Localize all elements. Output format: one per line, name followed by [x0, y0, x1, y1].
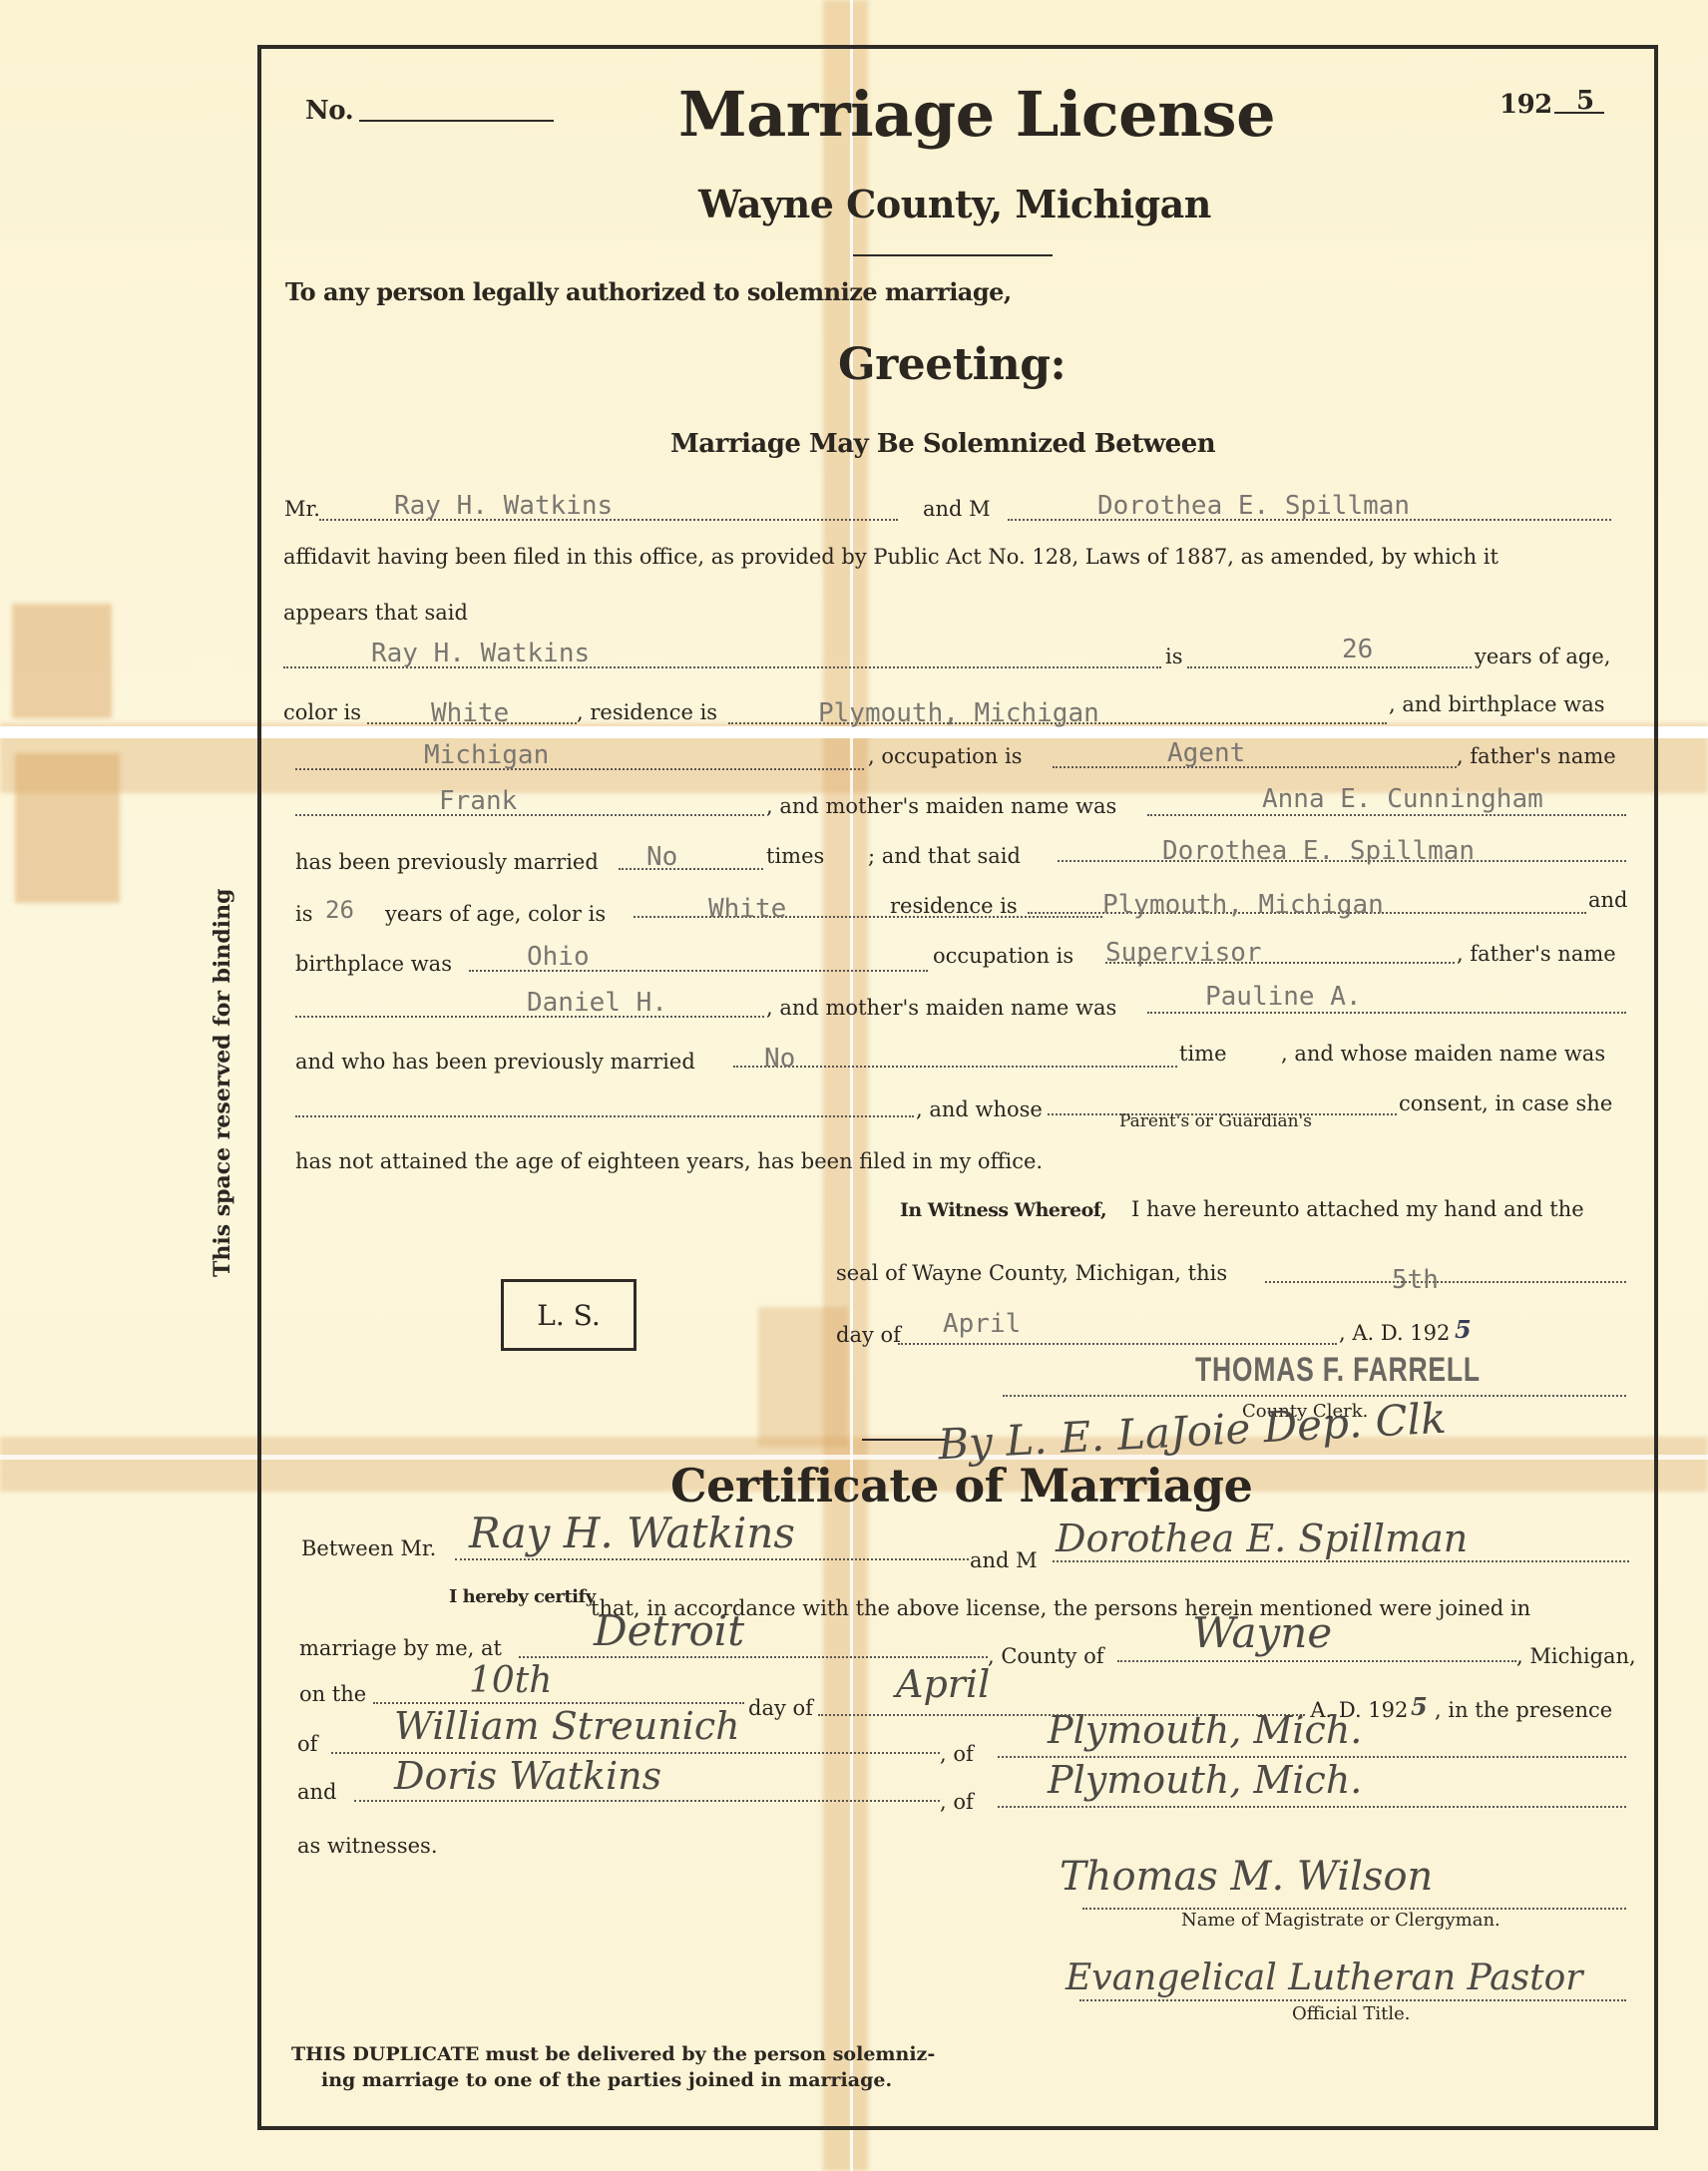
ls-label: L. S. [537, 1299, 600, 1332]
duplicate-line2: ing marriage to one of the parties joine… [321, 2069, 892, 2091]
groom-name: Ray H. Watkins [394, 491, 613, 521]
affidavit-text: affidavit having been filed in this offi… [283, 545, 1498, 569]
stain-left-top [12, 604, 112, 718]
bride-residence-label: residence is [890, 894, 1018, 918]
document-page: This space reserved for binding No. Marr… [0, 0, 1708, 2171]
county-line [1117, 1660, 1516, 1662]
groom-father-line [295, 814, 764, 816]
bride-name-2: Dorothea E. Spillman [1162, 836, 1475, 866]
bride-birthplace: Ohio [527, 942, 590, 972]
witness1-place: Plymouth, Mich. [1048, 1708, 1362, 1752]
cert-bride-line [1053, 1560, 1629, 1562]
cert-and-m-label: and M [970, 1548, 1038, 1572]
of-label-1: of [297, 1732, 317, 1756]
groom-age-suffix: years of age, [1475, 645, 1610, 668]
and-said-label: ; and that said [868, 844, 1021, 868]
bride-color: White [708, 894, 786, 924]
groom-birthplace-label: , and birthplace was [1389, 692, 1605, 716]
groom-color-label: color is [283, 700, 361, 724]
no-label: No. [305, 96, 353, 126]
bride-prev-married-label: and who has been previously married [295, 1050, 695, 1074]
address-line: To any person legally authorized to sole… [285, 277, 1012, 306]
bride-maiden-line [295, 1115, 914, 1117]
license-day-line [1265, 1281, 1626, 1283]
groom-prev-married-label: has been previously married [295, 850, 599, 874]
on-the-label: on the [299, 1682, 366, 1706]
license-ad-label: , A. D. 192 [1339, 1321, 1450, 1345]
groom-occupation-label: , occupation is [868, 744, 1023, 768]
bride-mother-label: , and mother's maiden name was [766, 996, 1116, 1020]
license-day-of-label: day of [836, 1323, 901, 1347]
cert-groom-signature: Ray H. Watkins [469, 1509, 795, 1557]
year-prefix: 192 [1499, 90, 1552, 120]
duplicate-bold: THIS DUPLICATE [291, 2043, 479, 2065]
year-line [1554, 112, 1604, 114]
bride-and-whose-label: , and whose [916, 1097, 1043, 1121]
groom-age-line [1187, 666, 1472, 668]
groom-occupation: Agent [1167, 738, 1245, 768]
bride-father: Daniel H. [527, 988, 667, 1018]
official-title-signature: Evangelical Lutheran Pastor [1066, 1957, 1582, 1998]
bride-time-label: time [1179, 1042, 1227, 1066]
bride-prev-married-line [733, 1066, 1177, 1068]
bride-mother: Pauline A. [1205, 982, 1362, 1012]
bride-age-suffix: years of age, color is [385, 902, 606, 926]
mr-label: Mr. [284, 497, 320, 521]
between-label: Between Mr. [301, 1536, 436, 1560]
at-label: marriage by me, at [299, 1636, 502, 1660]
no-line [359, 120, 554, 122]
groom-father-label: , father's name [1457, 744, 1616, 768]
witness1-name: William Streunich [394, 1704, 740, 1748]
groom-residence-label: , residence is [577, 700, 717, 724]
groom-age: 26 [1342, 635, 1373, 664]
stain-left-mid [15, 753, 120, 903]
groom-name-2: Ray H. Watkins [371, 639, 590, 668]
bride-mother-line [1147, 1012, 1626, 1014]
cert-bride-signature: Dorothea E. Spillman [1056, 1517, 1468, 1560]
certificate-title: Certificate of Marriage [670, 1459, 1252, 1513]
groom-prev-married: No [646, 842, 677, 872]
presence-label: , in the presence [1435, 1698, 1612, 1722]
witness-lead: In Witness Whereof, [900, 1199, 1106, 1221]
officiant-signature: Thomas M. Wilson [1060, 1854, 1433, 1900]
solemnized-heading: Marriage May Be Solemnized Between [670, 429, 1215, 459]
bride-name: Dorothea E. Spillman [1097, 491, 1410, 521]
as-witnesses: as witnesses. [297, 1834, 438, 1858]
groom-mother-label: , and mother's maiden name was [766, 794, 1116, 818]
groom-father: Frank [439, 786, 517, 816]
eighteen-text: has not attained the age of eighteen yea… [295, 1149, 1043, 1173]
subtitle: Wayne County, Michigan [698, 182, 1211, 226]
bride-and-label: and [1588, 888, 1628, 912]
cert-month: April [896, 1662, 990, 1706]
groom-mother: Anna E. Cunningham [1262, 784, 1543, 814]
title: Marriage License [678, 78, 1275, 151]
seal-text: seal of Wayne County, Michigan, this [836, 1261, 1227, 1285]
duplicate-line1: must be delivered by the person solemniz… [485, 2043, 935, 2065]
groom-mother-line [1147, 814, 1626, 816]
place-line [519, 1656, 988, 1658]
bride-color-line [634, 916, 1102, 918]
witness2-place: Plymouth, Mich. [1048, 1758, 1362, 1802]
groom-prev-married-line [619, 868, 763, 870]
title-rule [853, 254, 1053, 256]
bride-father-label: , father's name [1457, 942, 1616, 966]
witness2-place-line [998, 1806, 1626, 1808]
deputy-rule [862, 1439, 947, 1441]
cert-day-of-label: day of [748, 1696, 813, 1720]
witness2-of-label: , of [940, 1790, 974, 1814]
bride-maiden-label: , and whose maiden name was [1281, 1042, 1605, 1066]
witness1-of-label: , of [940, 1742, 974, 1766]
bride-age: 26 [325, 896, 354, 924]
appears-text: appears that said [283, 601, 468, 625]
license-day: 5th [1392, 1265, 1439, 1295]
cert-ad-year: 5 [1411, 1692, 1428, 1721]
bride-prev-married: No [764, 1044, 795, 1074]
consent-label: consent, in case she [1399, 1091, 1612, 1115]
groom-birthplace-line [295, 768, 864, 770]
certify-lead: I hereby certify [449, 1586, 596, 1607]
clerk-line [1003, 1395, 1626, 1397]
license-month-line [898, 1343, 1337, 1345]
bride-residence: Plymouth, Michigan [1102, 890, 1384, 920]
groom-times-label: times [766, 844, 824, 868]
official-title-line [1079, 1999, 1626, 2001]
witness2-name: Doris Watkins [394, 1754, 661, 1798]
ls-seal-box: L. S. [501, 1279, 637, 1351]
officiant-caption: Name of Magistrate or Clergyman. [1181, 1910, 1500, 1931]
michigan-label: , Michigan, [1516, 1644, 1636, 1668]
clerk-stamp: THOMAS F. FARRELL [1195, 1351, 1481, 1390]
guardian-caption: Parent's or Guardian's [1119, 1111, 1312, 1131]
and-m-label: and M [923, 497, 991, 521]
bride-occupation: Supervisor [1105, 938, 1262, 968]
groom-occupation-line [1053, 766, 1457, 768]
county-label: , County of [988, 1644, 1104, 1668]
groom-is-label: is [1165, 645, 1183, 668]
cert-county: Wayne [1192, 1608, 1332, 1657]
license-month: April [943, 1309, 1021, 1339]
official-title-caption: Official Title. [1292, 2003, 1410, 2024]
cert-groom-line [455, 1558, 969, 1560]
binding-note: This space reserved for binding [210, 889, 235, 1277]
groom-residence: Plymouth, Michigan [818, 698, 1099, 728]
groom-color: White [431, 698, 509, 728]
bride-is-label: is [295, 902, 313, 926]
bride-occupation-label: occupation is [933, 944, 1073, 968]
groom-birthplace: Michigan [424, 740, 549, 770]
greeting: Greeting: [838, 339, 1066, 390]
and-label: and [297, 1780, 337, 1804]
license-ad-year: 5 [1455, 1315, 1472, 1344]
witness2-line [354, 1800, 940, 1802]
duplicate-note-line1: THIS DUPLICATE must be delivered by the … [291, 2043, 935, 2065]
witness-text: I have hereunto attached my hand and the [1131, 1197, 1584, 1221]
bride-birthplace-label: birthplace was [295, 952, 452, 976]
cert-place: Detroit [594, 1606, 744, 1655]
cert-day: 10th [469, 1660, 552, 1701]
